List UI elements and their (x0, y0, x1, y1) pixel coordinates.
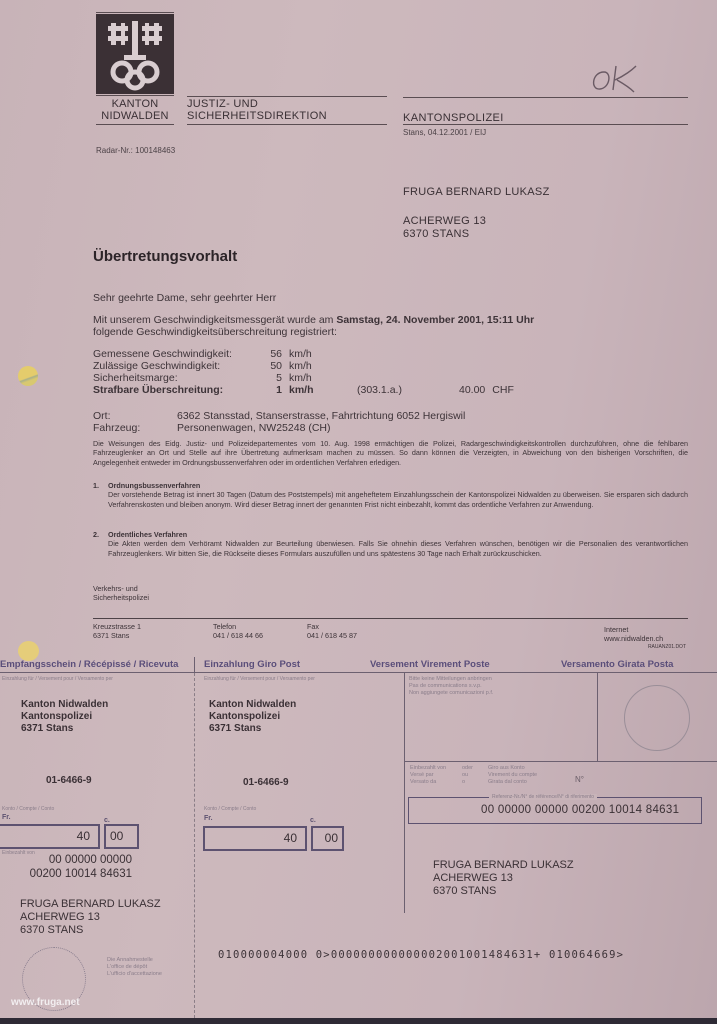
receipt-header: Empfangsschein / Récépissé / Ricevuta (0, 659, 178, 670)
police-rule (403, 124, 688, 125)
receipt-cents-field[interactable]: 00 (104, 824, 139, 849)
payment-slip: Empfangsschein / Récépissé / Ricevuta Ei… (0, 657, 717, 1018)
police-top-rule (403, 97, 688, 98)
watermark: www.fruga.net (11, 997, 80, 1008)
receipt-reference: 00 00000 00000 00200 10014 84631 (24, 853, 132, 881)
giro-francs-field[interactable]: 40 (203, 826, 307, 851)
reference-number: 00 00000 00000 00200 10014 84631 (481, 804, 679, 816)
footer-phone: Telefon 041 / 618 44 66 (213, 622, 263, 641)
department-name: JUSTIZ- UND SICHERHEITSDIREKTION (187, 98, 327, 122)
virement-header: Versement Virement Poste (370, 659, 490, 670)
recipient-address: FRUGA BERNARD LUKASZ ACHERWEG 13 6370 ST… (403, 186, 550, 241)
acceptance-office: Die Annahmestelle L'office de dépôt L'uf… (107, 957, 162, 978)
option-2: 2.Ordentliches Verfahren Die Akten werde… (93, 530, 688, 558)
canton-coat-of-arms-logo (96, 14, 174, 94)
measurement-table: Gemessene Geschwindigkeit:56km/h Zulässi… (93, 348, 514, 396)
footer-address: Kreuzstrasse 1 6371 Stans (93, 622, 141, 641)
receipt-account: 01-6466-9 (46, 775, 92, 787)
measurement-row: Zulässige Geschwindigkeit:50km/h (93, 360, 514, 372)
giro-payer: FRUGA BERNARD LUKASZ ACHERWEG 13 6370 ST… (433, 859, 574, 898)
canton-name-rule (96, 124, 174, 125)
dept-rule (187, 124, 387, 125)
double-key-icon (96, 14, 174, 94)
receipt-payee: Kanton Nidwalden Kantonspolizei 6371 Sta… (21, 699, 108, 735)
measurement-row: Gemessene Geschwindigkeit:56km/h (93, 348, 514, 360)
footer-rule (93, 618, 688, 619)
canton-name: KANTON NIDWALDEN (96, 98, 174, 122)
handwritten-ok-mark (586, 62, 652, 94)
penalty-row: Strafbare Überschreitung:1km/h(303.1.a.)… (93, 384, 514, 396)
girata-header: Versamento Girata Posta (561, 659, 673, 670)
no-messages-note: Bitte keine Mitteilungen anbringen Pas d… (409, 676, 493, 697)
place-date: Stans, 04.12.2001 / EIJ (403, 128, 486, 137)
giro-header: Einzahlung Giro Post (204, 659, 300, 670)
slip-divider (194, 657, 195, 673)
option-1: 1.Ordnungsbussenverfahren Der vorstehend… (93, 481, 688, 509)
stamp-box-divider (597, 673, 598, 761)
stamp-circle (624, 685, 690, 751)
logo-rule (96, 95, 174, 96)
intro: Mit unserem Geschwindigkeitsmessgerät wu… (93, 314, 633, 338)
document-page: KANTON NIDWALDEN JUSTIZ- UND SICHERHEITS… (0, 0, 717, 1018)
radar-number: Radar-Nr.: 100148463 (96, 146, 175, 155)
logo-top-rule (96, 12, 174, 13)
punch-hole (18, 366, 38, 386)
dept-top-rule (187, 96, 387, 97)
salutation: Sehr geehrte Dame, sehr geehrter Herr (93, 292, 276, 304)
giro-cents-field[interactable]: 00 (311, 826, 344, 851)
giro-account: 01-6466-9 (243, 777, 289, 789)
receipt-payer: FRUGA BERNARD LUKASZ ACHERWEG 13 6370 ST… (20, 898, 161, 937)
footer-internet: Internet www.nidwalden.ch RAUANZ01.DOT (604, 625, 686, 650)
footer-fax: Fax 041 / 618 45 87 (307, 622, 357, 641)
police-unit: KANTONSPOLIZEI (403, 112, 504, 124)
section-divider (404, 673, 405, 913)
slip-header-rule (0, 672, 717, 673)
measurement-row: Sicherheitsmarge:5km/h (93, 372, 514, 384)
receipt-francs-field[interactable]: 40 (0, 824, 100, 849)
vehicle: Personenwagen, NW25248 (CH) (177, 422, 331, 434)
location: 6362 Stansstad, Stanserstrasse, Fahrtric… (177, 410, 465, 422)
ocr-coding-line: 010000004000 0>0000000000000020010014846… (218, 949, 624, 961)
signoff: Verkehrs- und Sicherheitspolizei (93, 584, 149, 603)
reference-field[interactable]: Referenz-Nr./N° de référence/N° di rifer… (408, 797, 702, 824)
perforation-line (194, 673, 195, 1018)
offence-details: Ort:6362 Stansstad, Stanserstrasse, Fahr… (93, 410, 465, 434)
legal-paragraph: Die Weisungen des Eidg. Justiz- und Poli… (93, 439, 688, 467)
giro-payee: Kanton Nidwalden Kantonspolizei 6371 Sta… (209, 699, 296, 735)
document-title: Übertretungsvorhalt (93, 248, 237, 265)
mid-rule (404, 761, 717, 762)
